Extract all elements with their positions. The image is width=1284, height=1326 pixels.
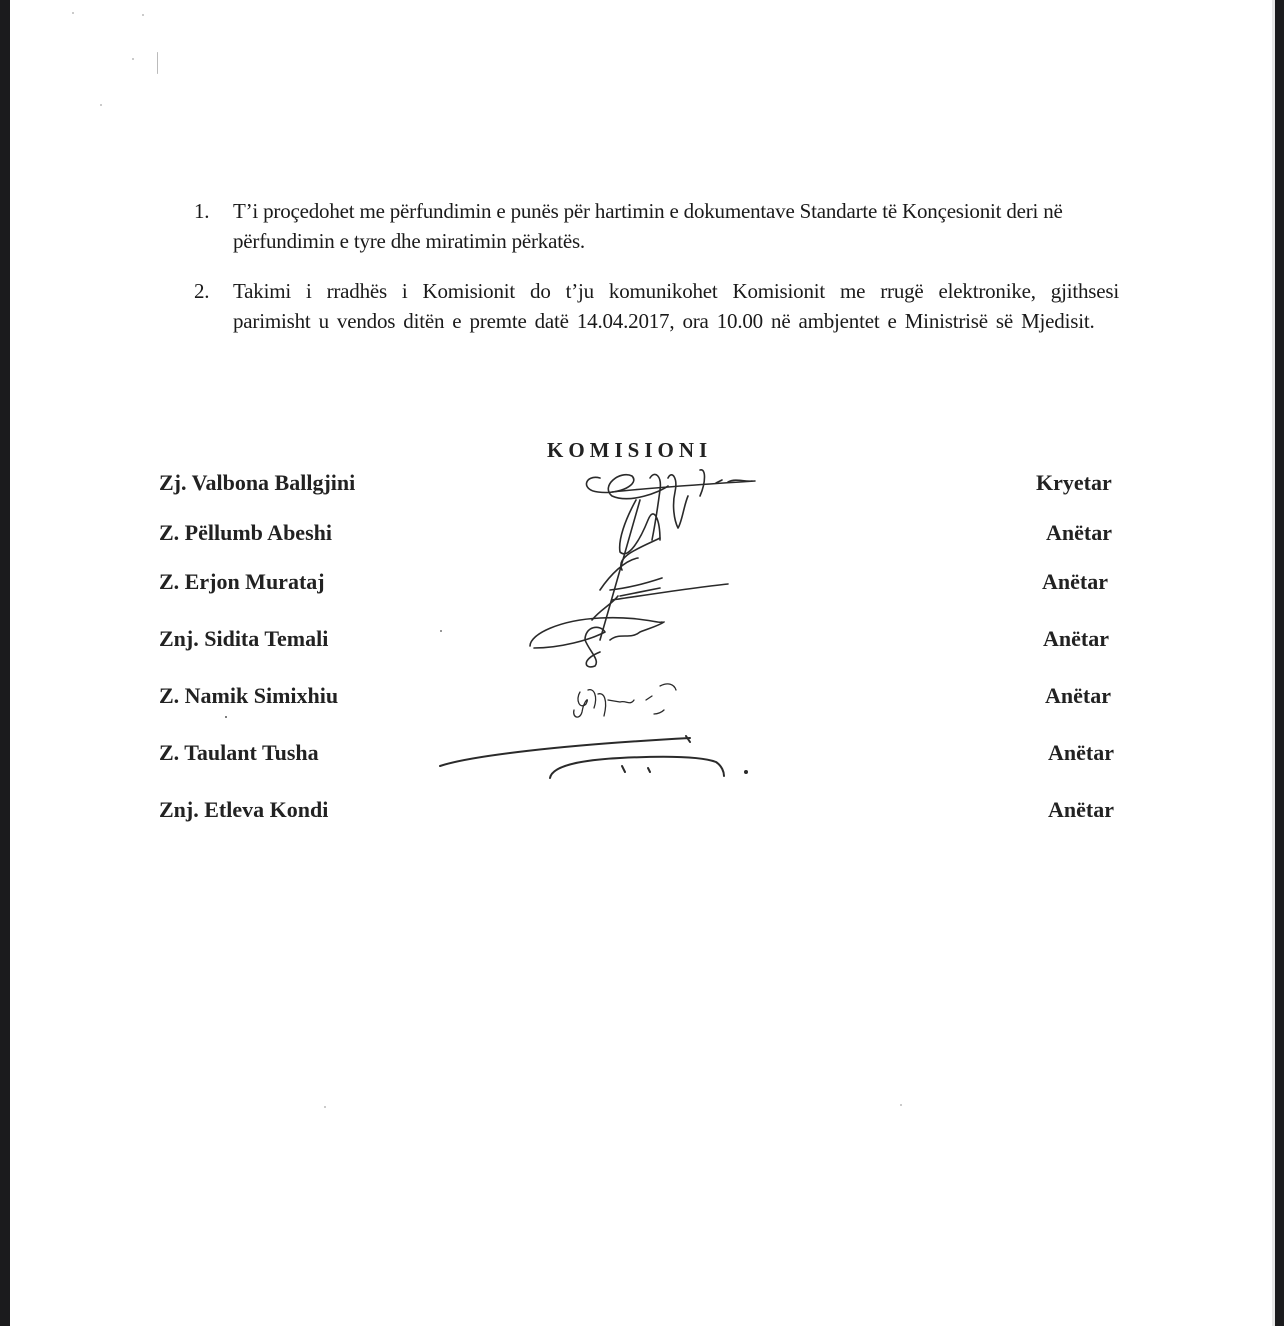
- member-name: Z. Namik Simixhiu: [159, 683, 338, 709]
- member-role: Kryetar: [1036, 470, 1112, 496]
- scan-speck: [900, 1104, 902, 1106]
- member-name: Z. Erjon Murataj: [159, 569, 325, 595]
- list-item-number: 2.: [194, 276, 209, 306]
- member-name: Znj. Sidita Temali: [159, 626, 328, 652]
- scan-speck: [225, 716, 227, 718]
- member-name: Z. Pëllumb Abeshi: [159, 520, 332, 546]
- member-role: Anëtar: [1048, 740, 1114, 766]
- page-edge: [1272, 0, 1275, 1326]
- member-role: Anëtar: [1045, 683, 1111, 709]
- scan-speck: [142, 14, 144, 16]
- list-item-text: Takimi i rradhës i Komisionit do t’ju ko…: [233, 276, 1119, 336]
- list-item-text: T’i proçedohet me përfundimin e punës pë…: [233, 196, 1123, 256]
- member-name: Z. Taulant Tusha: [159, 740, 319, 766]
- scan-speck: [100, 104, 102, 106]
- member-name: Znj. Etleva Kondi: [159, 797, 328, 823]
- scan-speck: [72, 12, 74, 14]
- member-role: Anëtar: [1048, 797, 1114, 823]
- list-item-number: 1.: [194, 196, 209, 226]
- member-role: Anëtar: [1046, 520, 1112, 546]
- scan-speck: [324, 1106, 326, 1108]
- scan-speck: [440, 630, 442, 632]
- committee-heading: KOMISIONI: [547, 438, 712, 463]
- scan-speck: [157, 52, 158, 74]
- member-name: Zj. Valbona Ballgjini: [159, 470, 355, 496]
- member-role: Anëtar: [1042, 569, 1108, 595]
- scan-speck: [132, 58, 134, 60]
- member-role: Anëtar: [1043, 626, 1109, 652]
